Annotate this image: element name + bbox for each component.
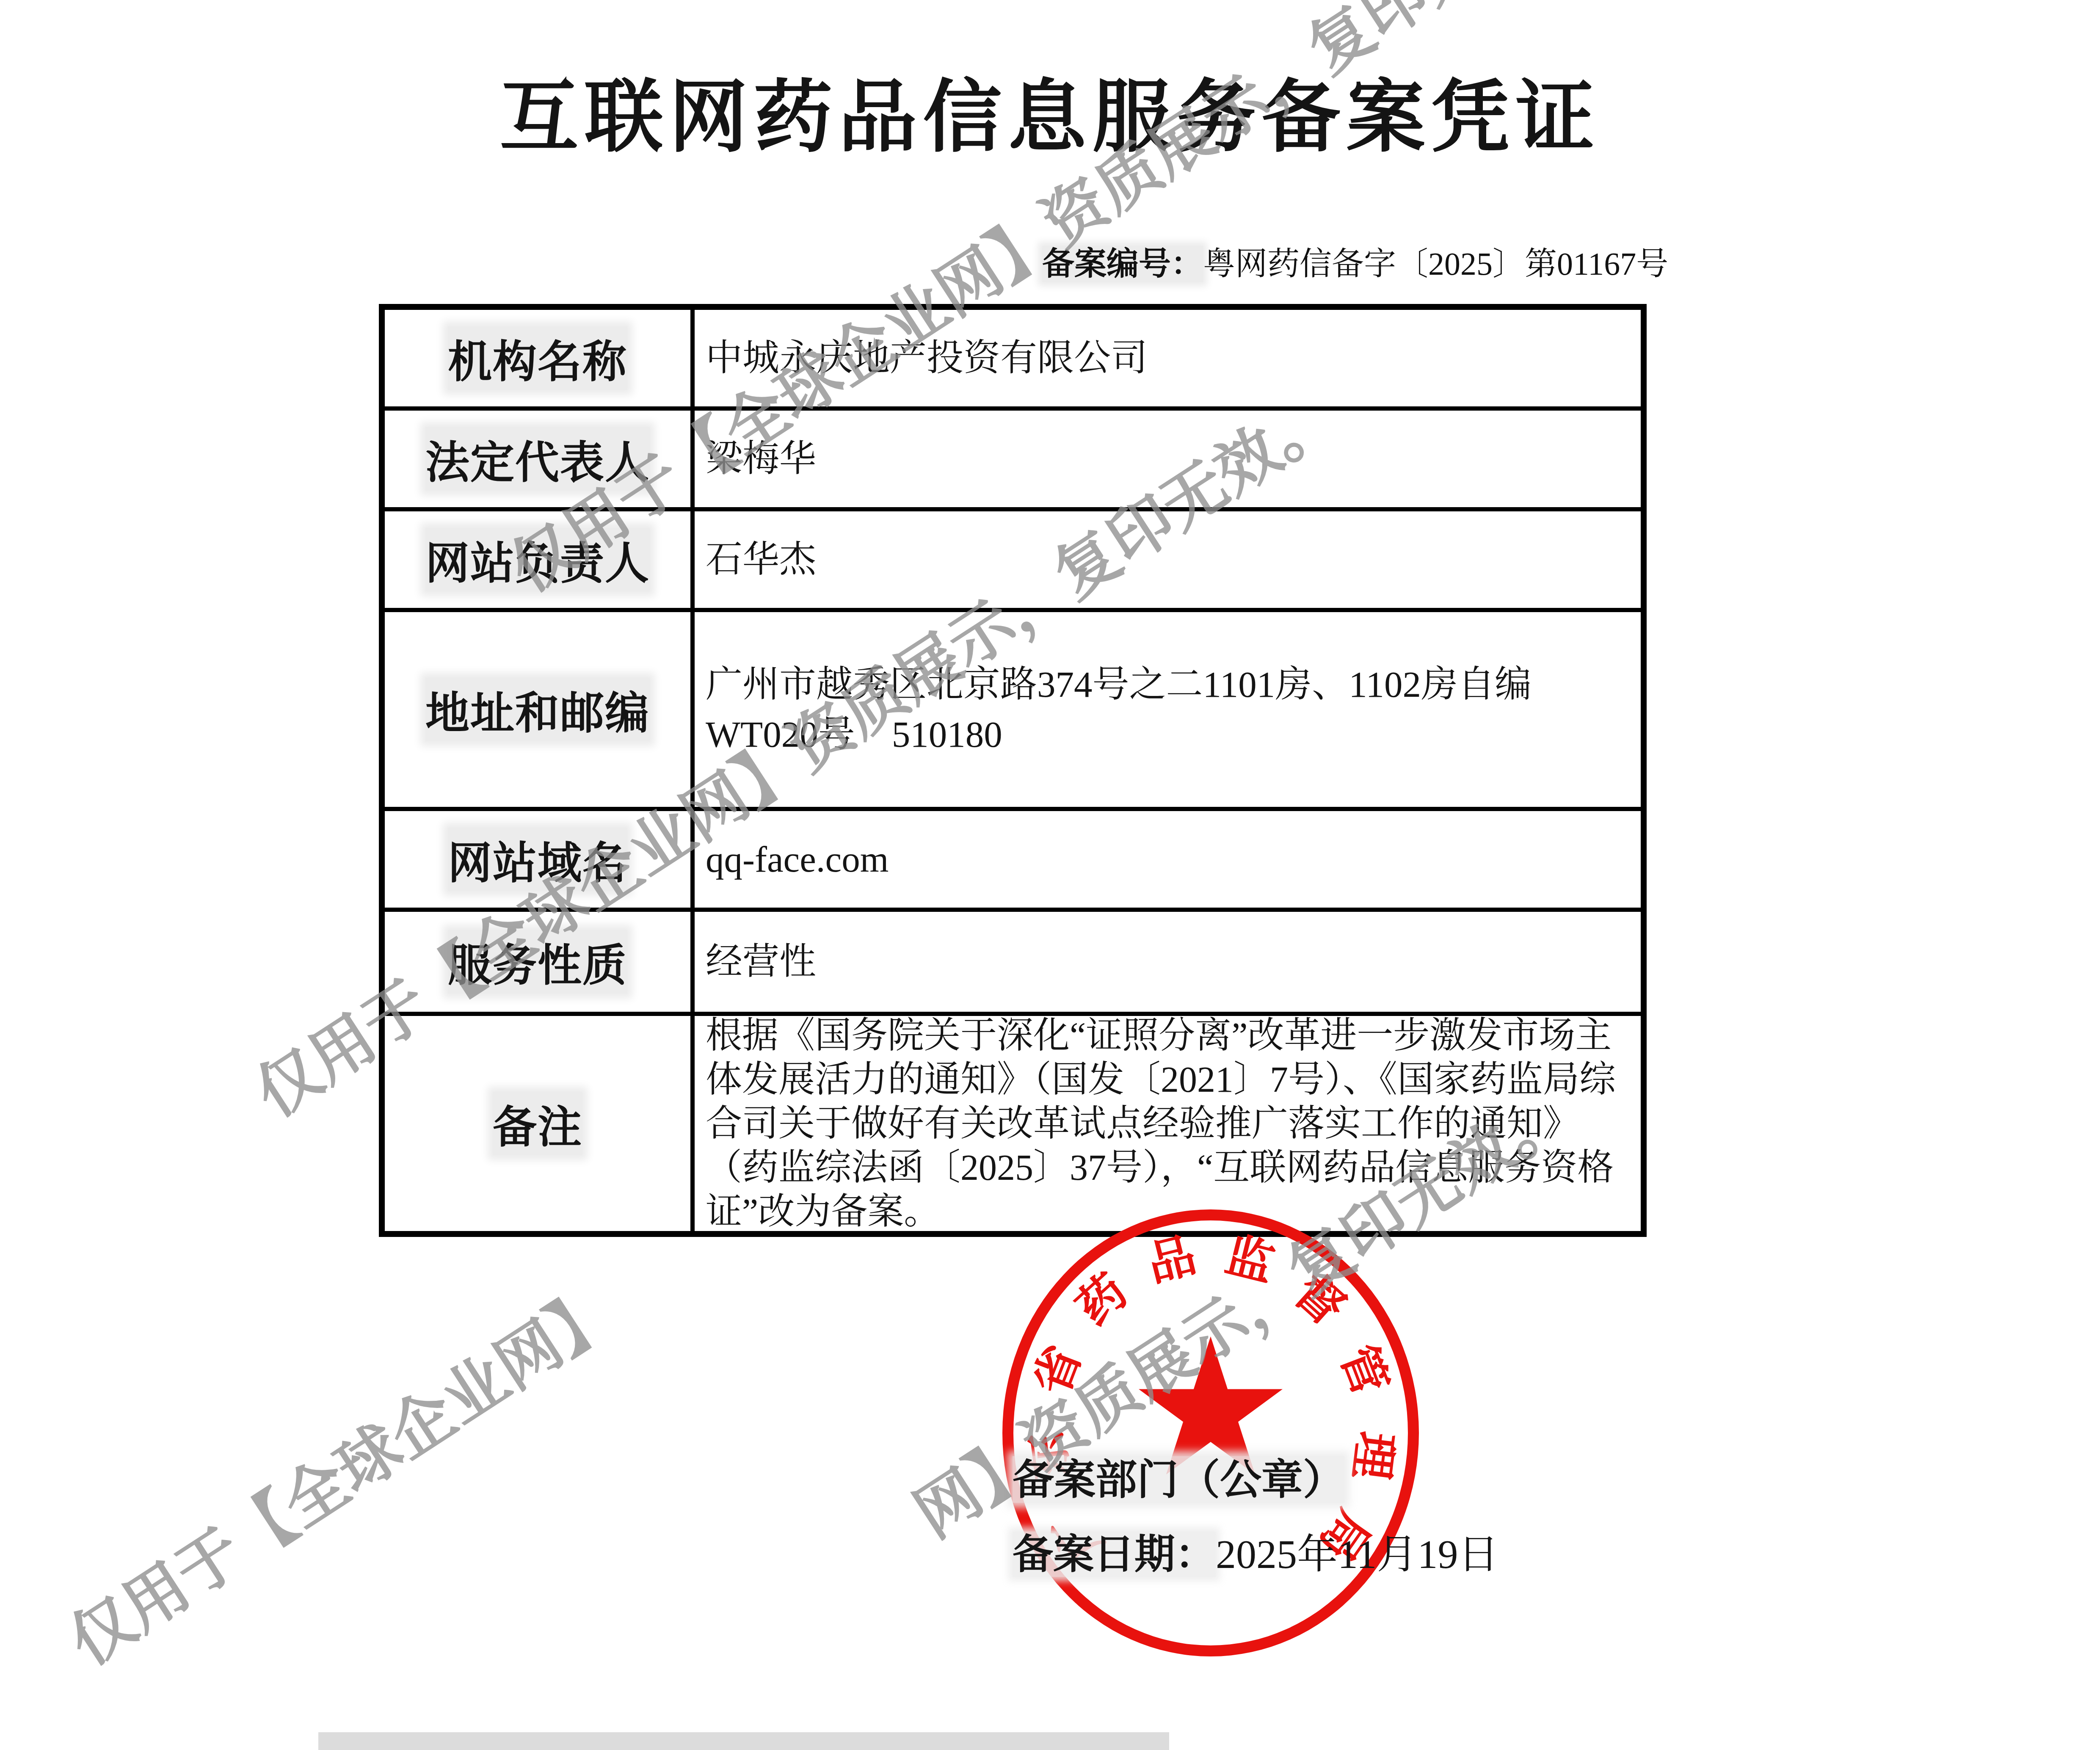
seal-ring-char: 理 <box>1345 1428 1399 1482</box>
row-label: 地址和邮编 <box>385 612 695 807</box>
scan-artifact-bar <box>318 1732 1169 1750</box>
table-row-domain: 网站域名 qq-face.com <box>385 807 1641 908</box>
row-label: 备注 <box>385 1016 695 1231</box>
filing-date-line: 备案日期：2025年11月19日 <box>1013 1532 1498 1577</box>
row-label: 法定代表人 <box>385 411 695 507</box>
table-row-service-nature: 服务性质 经营性 <box>385 908 1641 1012</box>
page-title: 互联网药品信息服务备案凭证 <box>0 54 2100 167</box>
row-value: 经营性 <box>695 912 1641 1012</box>
filing-number-label: 备案编号： <box>1042 246 1203 282</box>
table-row-site-manager: 网站负责人 石华杰 <box>385 507 1641 608</box>
official-seal: 广 东 省 药 品 监 督 管 理 局 <box>1002 1209 1419 1656</box>
table-row-org-name: 机构名称 中城永庆地产投资有限公司 <box>385 310 1641 406</box>
row-label: 网站域名 <box>385 811 695 908</box>
row-value: qq-face.com <box>695 811 1641 908</box>
row-value: 根据《国务院关于深化“证照分离”改革进一步激发市场主体发展活力的通知》（国发〔2… <box>695 1016 1641 1231</box>
filing-date-label: 备案日期： <box>1013 1532 1216 1577</box>
watermark-stamp: 仅用于【全球企业网】 <box>59 1276 626 1675</box>
address-line-1: 广州市越秀区北京路374号之二1101房、1102房自编 <box>706 660 1631 709</box>
row-value: 中城永庆地产投资有限公司 <box>695 310 1641 406</box>
row-label: 网站负责人 <box>385 511 695 608</box>
table-row-address: 地址和邮编 广州市越秀区北京路374号之二1101房、1102房自编 WT020… <box>385 608 1641 807</box>
row-label: 机构名称 <box>385 310 695 406</box>
filing-number-value: 粤网药信备字〔2025〕第01167号 <box>1203 246 1668 282</box>
filing-department-line: 备案部门（公章） <box>1013 1456 1344 1503</box>
address-line-2: WT020号 510180 <box>706 709 1631 759</box>
certificate-page: 互联网药品信息服务备案凭证 备案编号：粤网药信备字〔2025〕第01167号 机… <box>0 0 2100 1750</box>
row-value: 广州市越秀区北京路374号之二1101房、1102房自编 WT020号 5101… <box>695 612 1641 807</box>
table-row-legal-rep: 法定代表人 梁梅华 <box>385 406 1641 507</box>
table-row-remark: 备注 根据《国务院关于深化“证照分离”改革进一步激发市场主体发展活力的通知》（国… <box>385 1012 1641 1231</box>
filing-date-value: 2025年11月19日 <box>1216 1532 1498 1577</box>
row-value: 石华杰 <box>695 511 1641 608</box>
filing-number: 备案编号：粤网药信备字〔2025〕第01167号 <box>1042 245 1668 284</box>
seal-star-icon <box>1139 1336 1283 1474</box>
row-value: 梁梅华 <box>695 411 1641 507</box>
certificate-table: 机构名称 中城永庆地产投资有限公司 法定代表人 梁梅华 网站负责人 石华杰 地址… <box>379 304 1647 1237</box>
row-label: 服务性质 <box>385 912 695 1012</box>
